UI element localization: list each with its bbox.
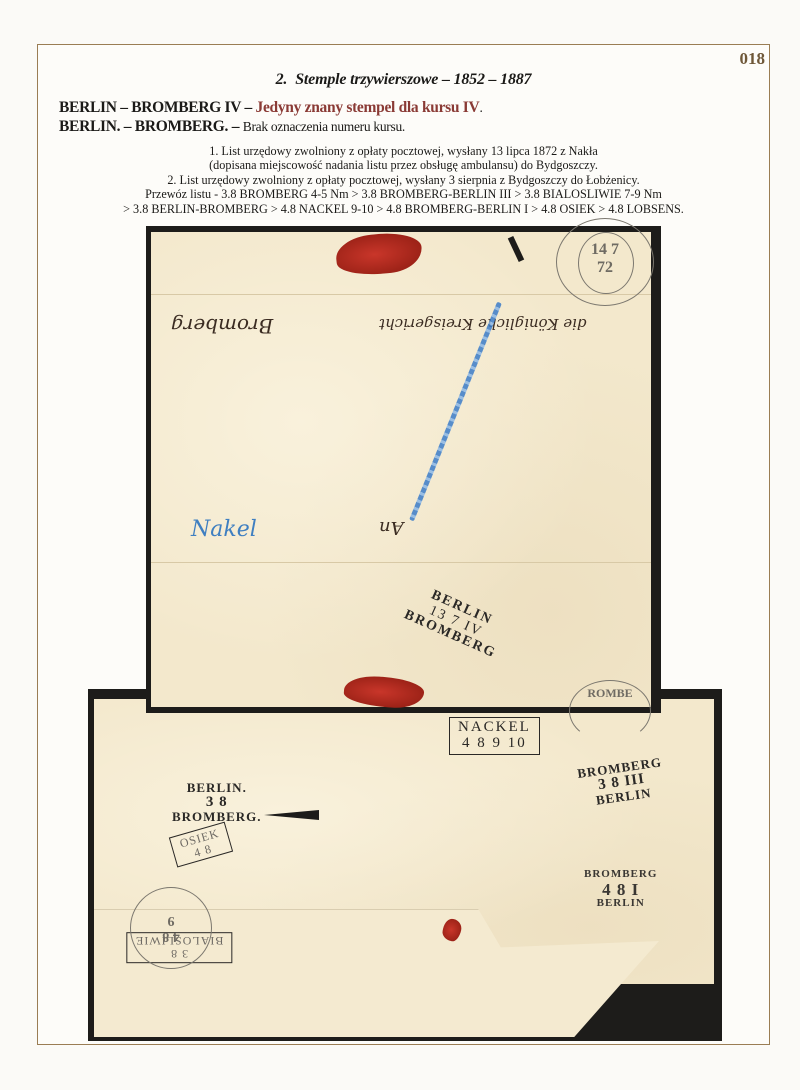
- heading-tail: .: [479, 100, 482, 115]
- bromberg-berlin-iii-stamp: BROMBERG 3 8 III BERLIN: [576, 755, 666, 809]
- bromberg-circle-stamp: 14 7 72: [556, 218, 654, 306]
- heading-bold: BERLIN – BROMBERG IV –: [59, 99, 256, 116]
- stamp-line: BERLIN.: [172, 781, 262, 795]
- bromberg-berlin-i-stamp: BROMBERG 4 8 I BERLIN: [584, 869, 657, 910]
- stamp-year: 72: [557, 259, 653, 277]
- description-line: (dopisana miejscowość nadania listu prze…: [38, 158, 769, 172]
- stamp-date: 14 7: [557, 241, 653, 259]
- wax-seal: [334, 230, 424, 279]
- osiek-box-stamp: OSIEK 4 8: [169, 822, 234, 868]
- handwritten-destination: Bromberg: [171, 314, 273, 338]
- description-line: 1. List urzędowy zwolniony z opłaty pocz…: [38, 144, 769, 158]
- cover-description: 1. List urzędowy zwolniony z opłaty pocz…: [38, 144, 769, 216]
- section-title: 2.Stemple trzywierszowe – 1852 – 1887: [38, 71, 769, 89]
- handwritten-an: An: [379, 517, 404, 538]
- circle-date-stamp: 4 8 9: [130, 887, 212, 969]
- stamp-line: NACKEL: [458, 720, 531, 736]
- stamp-line: BROMBERG.: [172, 810, 262, 824]
- section-title-text: Stemple trzywierszowe – 1852 – 1887: [295, 71, 531, 88]
- stamp-line: BERLIN: [584, 898, 657, 910]
- heading-berlin-bromberg: BERLIN. – BROMBERG. – Brak oznaczenia nu…: [59, 118, 405, 136]
- berlin-bromberg-stamp: BERLIN. 3 8 BROMBERG.: [172, 781, 262, 824]
- stamp-date: 4 8: [131, 928, 211, 944]
- stamp-line: BROMBERG: [584, 869, 657, 881]
- stamp-line: 3 8: [172, 795, 262, 811]
- stamp-line: 4 8 I: [584, 881, 657, 899]
- cover-1-letter: 14 7 72 Bromberg die Königliche Kreisger…: [151, 232, 651, 707]
- handwritten-address-block: die Königliche Kreisgericht: [379, 314, 629, 334]
- pointer-arrow-icon: [264, 810, 319, 820]
- stamp-ring-text: ROMBE: [570, 686, 650, 701]
- heading-accent: Jedyny znany stempel dla kursu IV: [256, 99, 480, 116]
- handwriting-line: die Königliche Kreisgericht: [379, 314, 629, 334]
- cover-1-mount: 14 7 72 Bromberg die Königliche Kreisger…: [146, 226, 661, 713]
- page-number: 018: [740, 49, 766, 69]
- album-page-frame: 018 2.Stemple trzywierszowe – 1852 – 188…: [37, 44, 770, 1045]
- handwritten-origin-nakel: Nakel: [191, 517, 257, 542]
- cover-2-mount: NACKEL 4 8 9 10 BERLIN. 3 8 BROMBERG. BR…: [88, 689, 722, 1041]
- pointer-mark-icon: [508, 236, 524, 262]
- stamp-hour: 9: [131, 912, 211, 928]
- section-number: 2.: [276, 71, 288, 88]
- description-line: > 3.8 BERLIN-BROMBERG > 4.8 NACKEL 9-10 …: [38, 202, 769, 216]
- partial-bromberg-circle-stamp: ROMBE: [569, 680, 651, 742]
- description-line: 2. List urzędowy zwolniony z opłaty pocz…: [38, 173, 769, 187]
- blue-crayon-stroke: [409, 302, 502, 522]
- heading-plain: Brak oznaczenia numeru kursu.: [243, 119, 405, 134]
- description-line: Przewóz listu - 3.8 BROMBERG 4-5 Nm > 3.…: [38, 187, 769, 201]
- berlin-bromberg-iv-stamp: BERLIN 13 7 IV BROMBERG: [401, 582, 510, 663]
- wax-seal: [343, 674, 425, 710]
- heading-berlin-bromberg-iv: BERLIN – BROMBERG IV – Jedyny znany stem…: [59, 99, 483, 117]
- stamp-line: 4 8 9 10: [458, 736, 531, 752]
- nackel-box-stamp: NACKEL 4 8 9 10: [449, 717, 540, 755]
- fold-line: [151, 562, 651, 563]
- heading-bold: BERLIN. – BROMBERG. –: [59, 118, 243, 135]
